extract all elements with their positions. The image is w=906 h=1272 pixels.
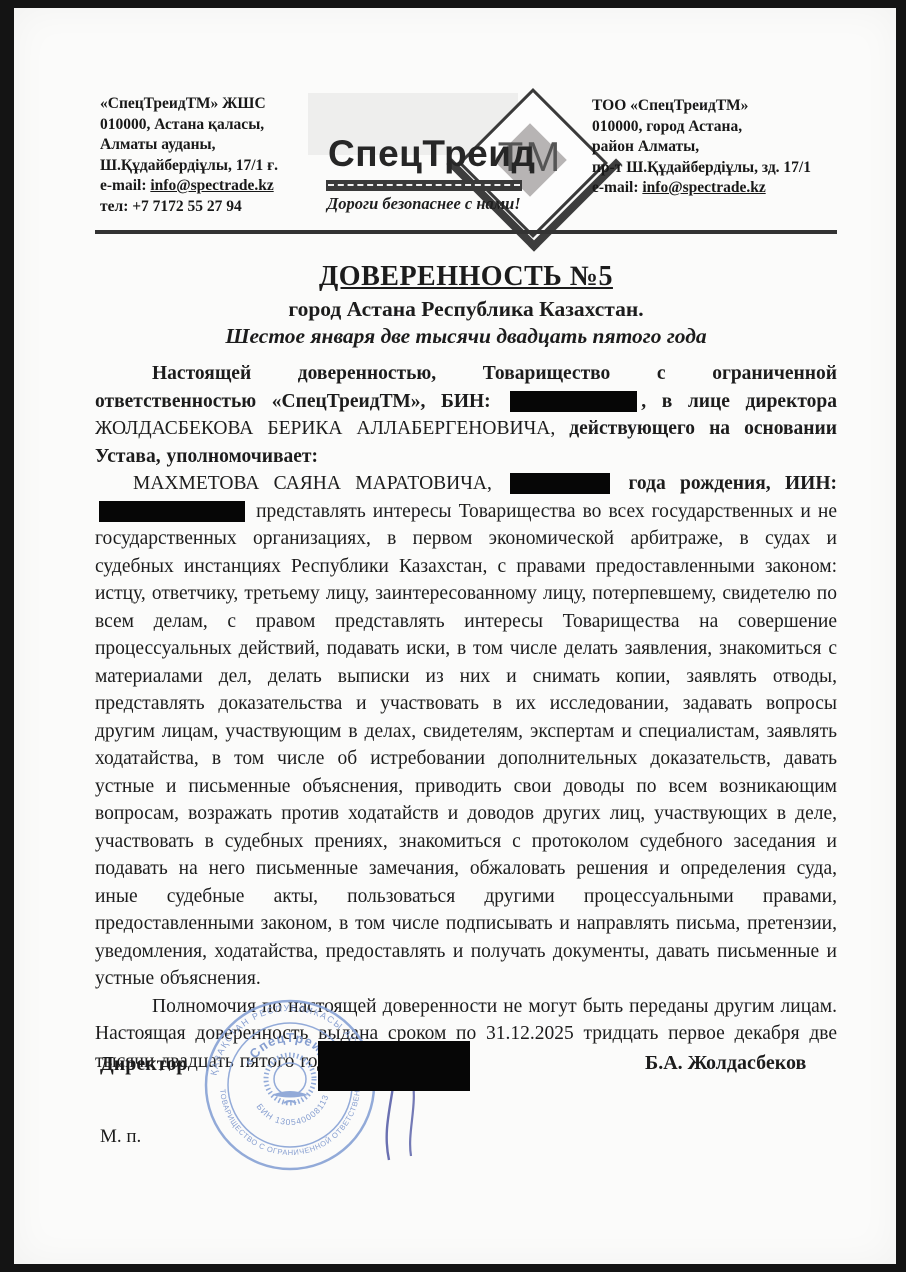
company-logo: ТМ СпецТреид Дороги безопаснее с нами! xyxy=(314,83,614,243)
text-run: info@spectrade.kz xyxy=(150,177,273,194)
title-block: ДОВЕРЕННОСТЬ №5 город Астана Республика … xyxy=(95,261,837,349)
header-line: Алматы ауданы, xyxy=(100,135,340,156)
logo-road-stripe xyxy=(326,180,522,191)
header-divider-line xyxy=(95,230,837,234)
title-city-line: город Астана Республика Казахстан. xyxy=(95,297,837,322)
text-run: ТОО «СпецТреидТМ» xyxy=(592,97,748,114)
header-line: «СпецТреидТМ» ЖШС xyxy=(100,94,340,115)
title-date-line: Шестое января две тысячи двадцать пятого… xyxy=(95,324,837,349)
document-title: ДОВЕРЕННОСТЬ №5 xyxy=(95,261,837,293)
redaction-box-signature xyxy=(318,1041,470,1091)
text-run: 010000, Астана қаласы, xyxy=(100,116,264,133)
stamp-bin-text: БИН 130540008113 xyxy=(255,1093,331,1127)
header-line: 010000, Астана қаласы, xyxy=(100,115,340,136)
text-run: Алматы ауданы, xyxy=(100,136,216,153)
paragraph-grantor: Настоящей доверенностью, Товарищество с … xyxy=(95,360,837,470)
text-run: , в лице директора xyxy=(641,391,837,412)
text-run: e-mail: xyxy=(100,177,150,194)
header-line: e-mail: info@spectrade.kz xyxy=(592,178,892,199)
redaction-box xyxy=(99,501,245,522)
text-run: представлять интересы Товарищества во вс… xyxy=(95,501,837,990)
text-run: район Алматы, xyxy=(592,138,699,155)
stamp-emblem-icon xyxy=(266,1055,314,1103)
redaction-box xyxy=(510,391,637,412)
text-run: тел: +7 7172 55 27 94 xyxy=(100,198,242,215)
company-info-kazakh: «СпецТреидТМ» ЖШС010000, Астана қаласы,А… xyxy=(100,94,340,217)
header-line: район Алматы, xyxy=(592,137,892,158)
document-page: «СпецТреидТМ» ЖШС010000, Астана қаласы,А… xyxy=(14,8,896,1264)
redaction-box xyxy=(510,473,610,494)
logo-slogan: Дороги безопаснее с нами! xyxy=(327,194,521,214)
header-line: Ш.Құдайбердіұлы, 17/1 ғ. xyxy=(100,156,340,177)
header-line: e-mail: info@spectrade.kz xyxy=(100,176,340,197)
text-run: пр-т Ш.Құдайбердіұлы, зд. 17/1 xyxy=(592,159,811,176)
paragraph-powers: МАХМЕТОВА САЯНА МАРАТОВИЧА, года рождени… xyxy=(95,470,837,993)
text-run: МАХМЕТОВА САЯНА МАРАТОВИЧА, xyxy=(133,473,506,494)
signature-name-label: Б.А. Жолдасбеков xyxy=(645,1052,806,1075)
text-run: ЖОЛДАСБЕКОВА БЕРИКА АЛЛАБЕРГЕНОВИЧА, xyxy=(95,418,555,439)
svg-text:БИН 130540008113: БИН 130540008113 xyxy=(255,1093,331,1127)
header-line: тел: +7 7172 55 27 94 xyxy=(100,197,340,218)
text-run: ИИН: xyxy=(785,473,837,494)
seal-placeholder-label: М. п. xyxy=(100,1126,141,1148)
text-run: года рождения, xyxy=(614,473,785,494)
header-line: пр-т Ш.Құдайбердіұлы, зд. 17/1 xyxy=(592,158,892,179)
text-run: e-mail: xyxy=(592,179,642,196)
logo-wordmark: СпецТреид xyxy=(328,133,536,175)
text-run: 010000, город Астана, xyxy=(592,118,742,135)
header-line: ТОО «СпецТреидТМ» xyxy=(592,96,892,117)
text-run: «СпецТреидТМ» ЖШС xyxy=(100,95,266,112)
text-run: info@spectrade.kz xyxy=(642,179,765,196)
company-info-russian: ТОО «СпецТреидТМ»010000, город Астана,ра… xyxy=(592,96,892,199)
text-run: Ш.Құдайбердіұлы, 17/1 ғ. xyxy=(100,157,278,174)
document-body: Настоящей доверенностью, Товарищество с … xyxy=(95,360,837,1075)
signature-role-label: Директор xyxy=(100,1053,188,1076)
header-line: 010000, город Астана, xyxy=(592,117,892,138)
